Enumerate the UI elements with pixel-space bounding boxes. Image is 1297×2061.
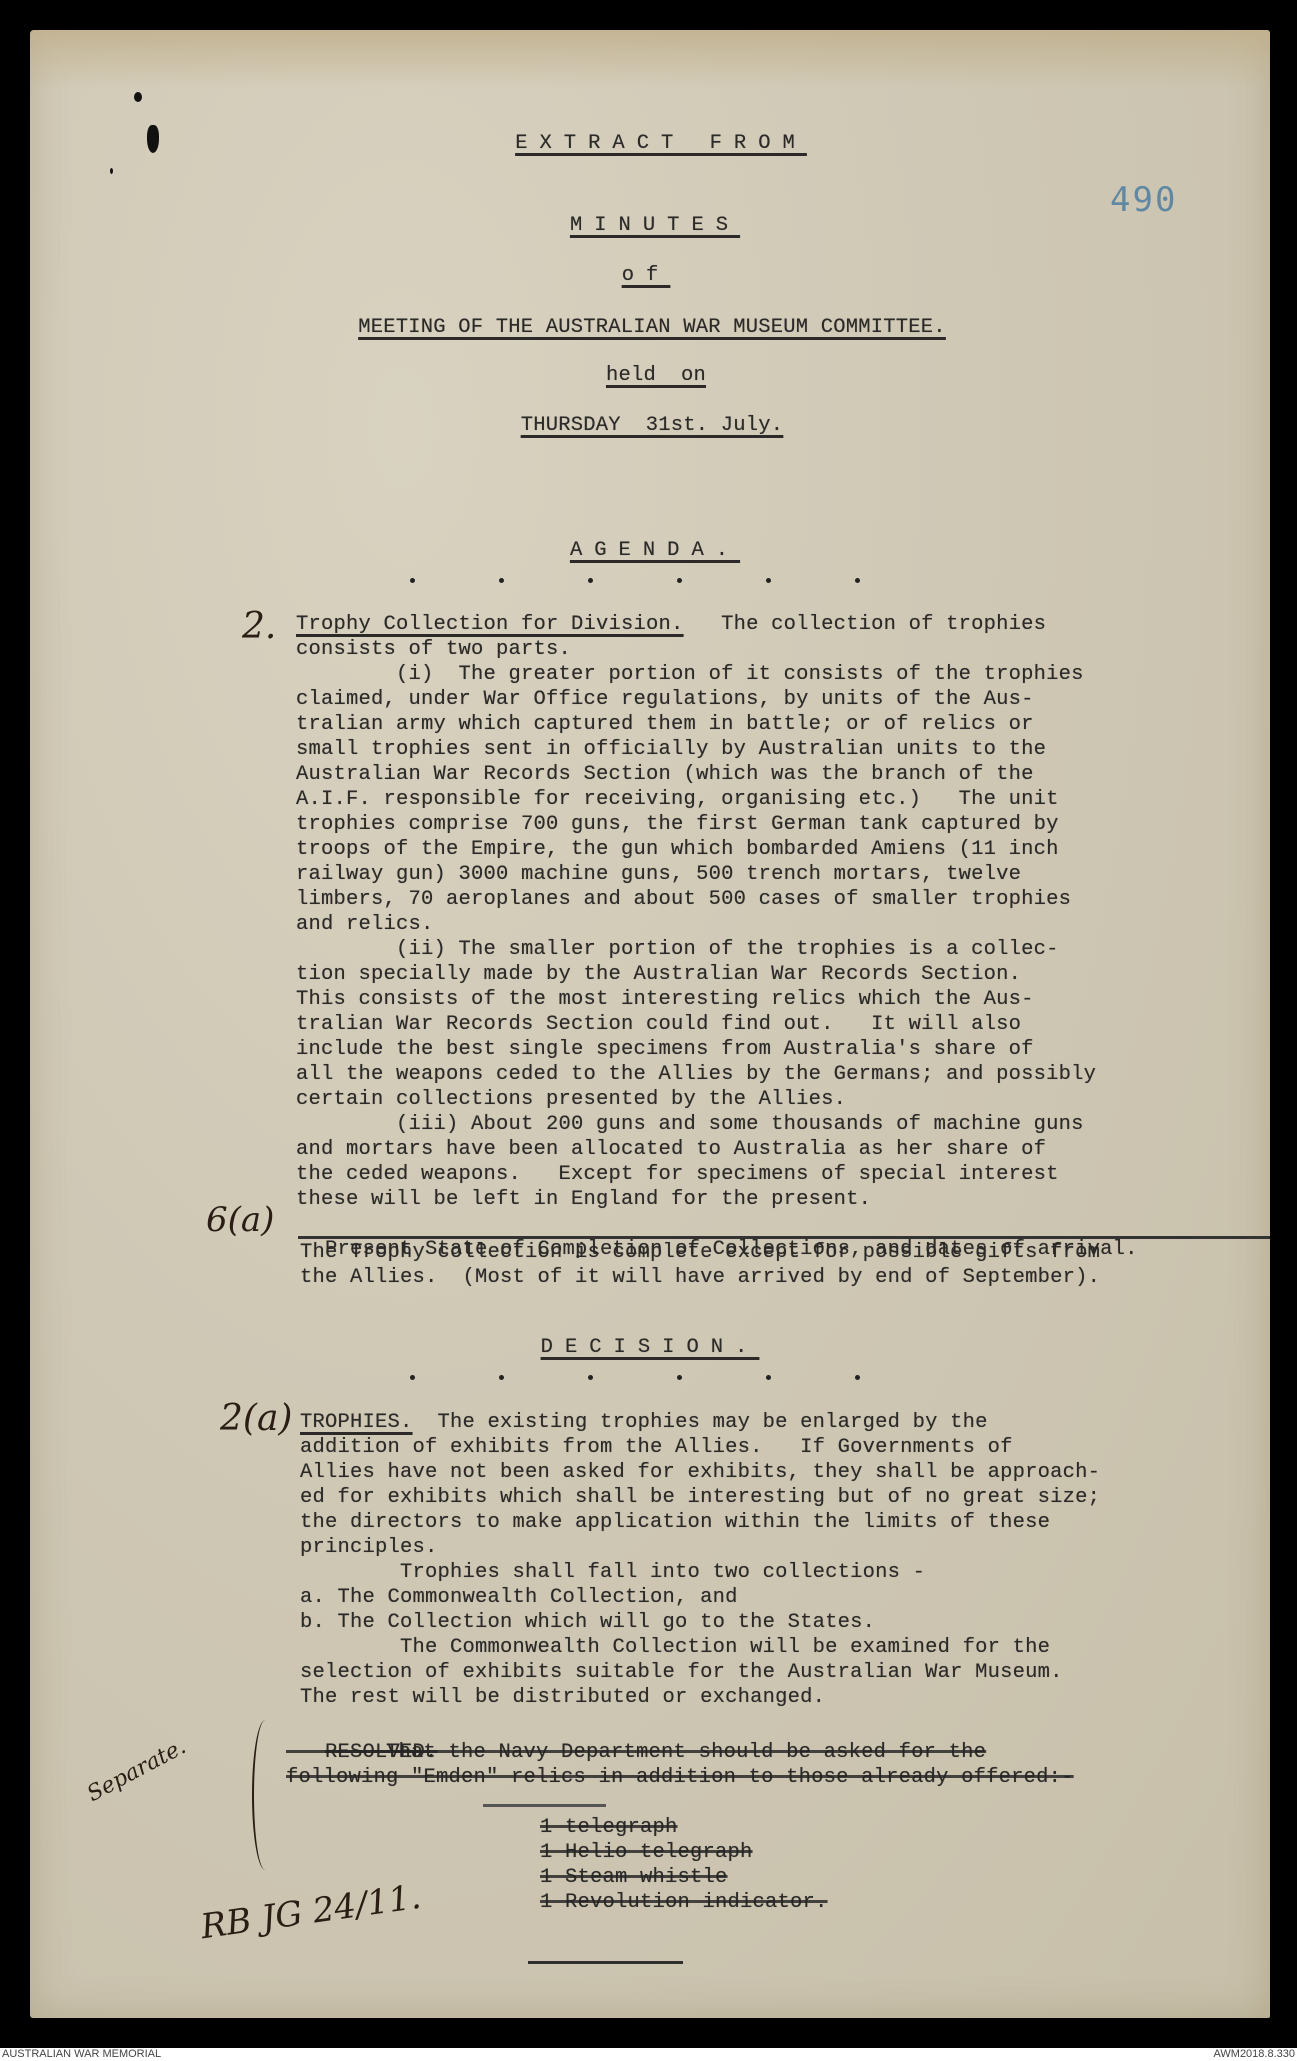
paper-damage-hole	[134, 92, 142, 102]
agenda-line: and mortars have been allocated to Austr…	[296, 1137, 1046, 1162]
subheading-underline	[298, 1236, 1270, 1239]
agenda-line: all the weapons ceded to the Allies by t…	[296, 1062, 1096, 1087]
title-minutes: MINUTES	[0, 188, 1297, 238]
title-date: THURSDAY 31st. July.	[0, 388, 1297, 438]
relic-item: 1 telegraph	[540, 1815, 678, 1840]
decision-line: The rest will be distributed or exchange…	[300, 1685, 825, 1710]
agenda-line: tralian army which captured them in batt…	[296, 712, 1034, 737]
decision-line: a. The Commonwealth Collection, and	[300, 1585, 738, 1610]
title-extract-from: EXTRACT FROM	[0, 106, 1297, 156]
short-rule	[483, 1804, 606, 1807]
footer-accession-number: AWM2018.8.330	[1213, 2048, 1295, 2061]
agenda-line: these will be left in England for the pr…	[296, 1187, 871, 1212]
agenda-line: tralian War Records Section could find o…	[296, 1012, 1021, 1037]
agenda-line: railway gun) 3000 machine guns, 500 tren…	[296, 862, 1021, 887]
decision-line: ed for exhibits which shall be interesti…	[300, 1485, 1100, 1510]
decision-line: selection of exhibits suitable for the A…	[300, 1660, 1063, 1685]
decision-line: b. The Collection which will go to the S…	[300, 1610, 875, 1635]
agenda-line: (iii) About 200 guns and some thousands …	[296, 1112, 1084, 1137]
decision-item-first-line: TROPHIES. The existing trophies may be e…	[300, 1410, 988, 1435]
margin-note-6a: 6(a)	[206, 1200, 274, 1240]
agenda-line: and relics.	[296, 912, 434, 937]
decision-line: Trophies shall fall into two collections…	[300, 1560, 925, 1585]
agenda-item-heading: Trophy Collection for Division.	[296, 613, 684, 636]
margin-note-2: 2.	[242, 606, 276, 647]
image-caption-footer: AUSTRALIAN WAR MEMORIAL AWM2018.8.330	[0, 2048, 1297, 2061]
decision-line: principles.	[300, 1535, 438, 1560]
handwritten-bracket	[252, 1720, 274, 1870]
footer-institution: AUSTRALIAN WAR MEMORIAL	[2, 2048, 161, 2061]
agenda-separator-dots	[410, 578, 860, 583]
agenda-item-first-line: Trophy Collection for Division. The coll…	[296, 612, 1046, 637]
margin-note-2a: 2(a)	[220, 1398, 292, 1439]
title-held-on: held on	[0, 338, 1297, 388]
agenda-sub-line: The Trophy collection is complete except…	[300, 1240, 1100, 1265]
decision-line: Allies have not been asked for exhibits,…	[300, 1460, 1100, 1485]
agenda-line: This consists of the most interesting re…	[296, 987, 1034, 1012]
decision-line: addition of exhibits from the Allies. If…	[300, 1435, 1013, 1460]
resolved-line: That the Navy Department should be asked…	[286, 1740, 986, 1765]
agenda-line: small trophies sent in officially by Aus…	[296, 737, 1046, 762]
agenda-line: include the best single specimens from A…	[296, 1037, 1034, 1062]
agenda-line: (i) The greater portion of it consists o…	[296, 662, 1084, 687]
agenda-line: limbers, 70 aeroplanes and about 500 cas…	[296, 887, 1071, 912]
closing-rule	[528, 1961, 683, 1964]
title-meeting: MEETING OF THE AUSTRALIAN WAR MUSEUM COM…	[0, 290, 1297, 340]
agenda-line: A.I.F. responsible for receiving, organi…	[296, 787, 1059, 812]
agenda-line: consists of two parts.	[296, 637, 571, 662]
agenda-line: the ceded weapons. Except for specimens …	[296, 1162, 1059, 1187]
title-of: of	[0, 238, 1297, 288]
decision-line: The Commonwealth Collection will be exam…	[300, 1635, 1050, 1660]
agenda-line: claimed, under War Office regulations, b…	[296, 687, 1034, 712]
decision-line: the directors to make application within…	[300, 1510, 1050, 1535]
agenda-line: tion specially made by the Australian Wa…	[296, 962, 1021, 987]
agenda-heading: AGENDA.	[0, 513, 1297, 563]
agenda-line: Australian War Records Section (which wa…	[296, 762, 1034, 787]
agenda-sub-line: the Allies. (Most of it will have arrive…	[300, 1265, 1100, 1290]
decision-item-heading: TROPHIES.	[300, 1411, 413, 1434]
relic-item: 1 Steam whistle	[540, 1865, 728, 1890]
agenda-line: troops of the Empire, the gun which bomb…	[296, 837, 1059, 862]
decision-separator-dots	[410, 1375, 860, 1380]
agenda-line: certain collections presented by the All…	[296, 1087, 846, 1112]
agenda-line: (ii) The smaller portion of the trophies…	[296, 937, 1059, 962]
paper-damage-hole	[110, 168, 113, 174]
agenda-line: trophies comprise 700 guns, the first Ge…	[296, 812, 1059, 837]
relic-item: 1 Revolution indicator.	[540, 1890, 828, 1915]
decision-heading: DECISION.	[0, 1310, 1297, 1360]
relic-item: 1 Helio telegraph	[540, 1840, 753, 1865]
resolved-line: following "Emden" relics in addition to …	[286, 1765, 1074, 1790]
